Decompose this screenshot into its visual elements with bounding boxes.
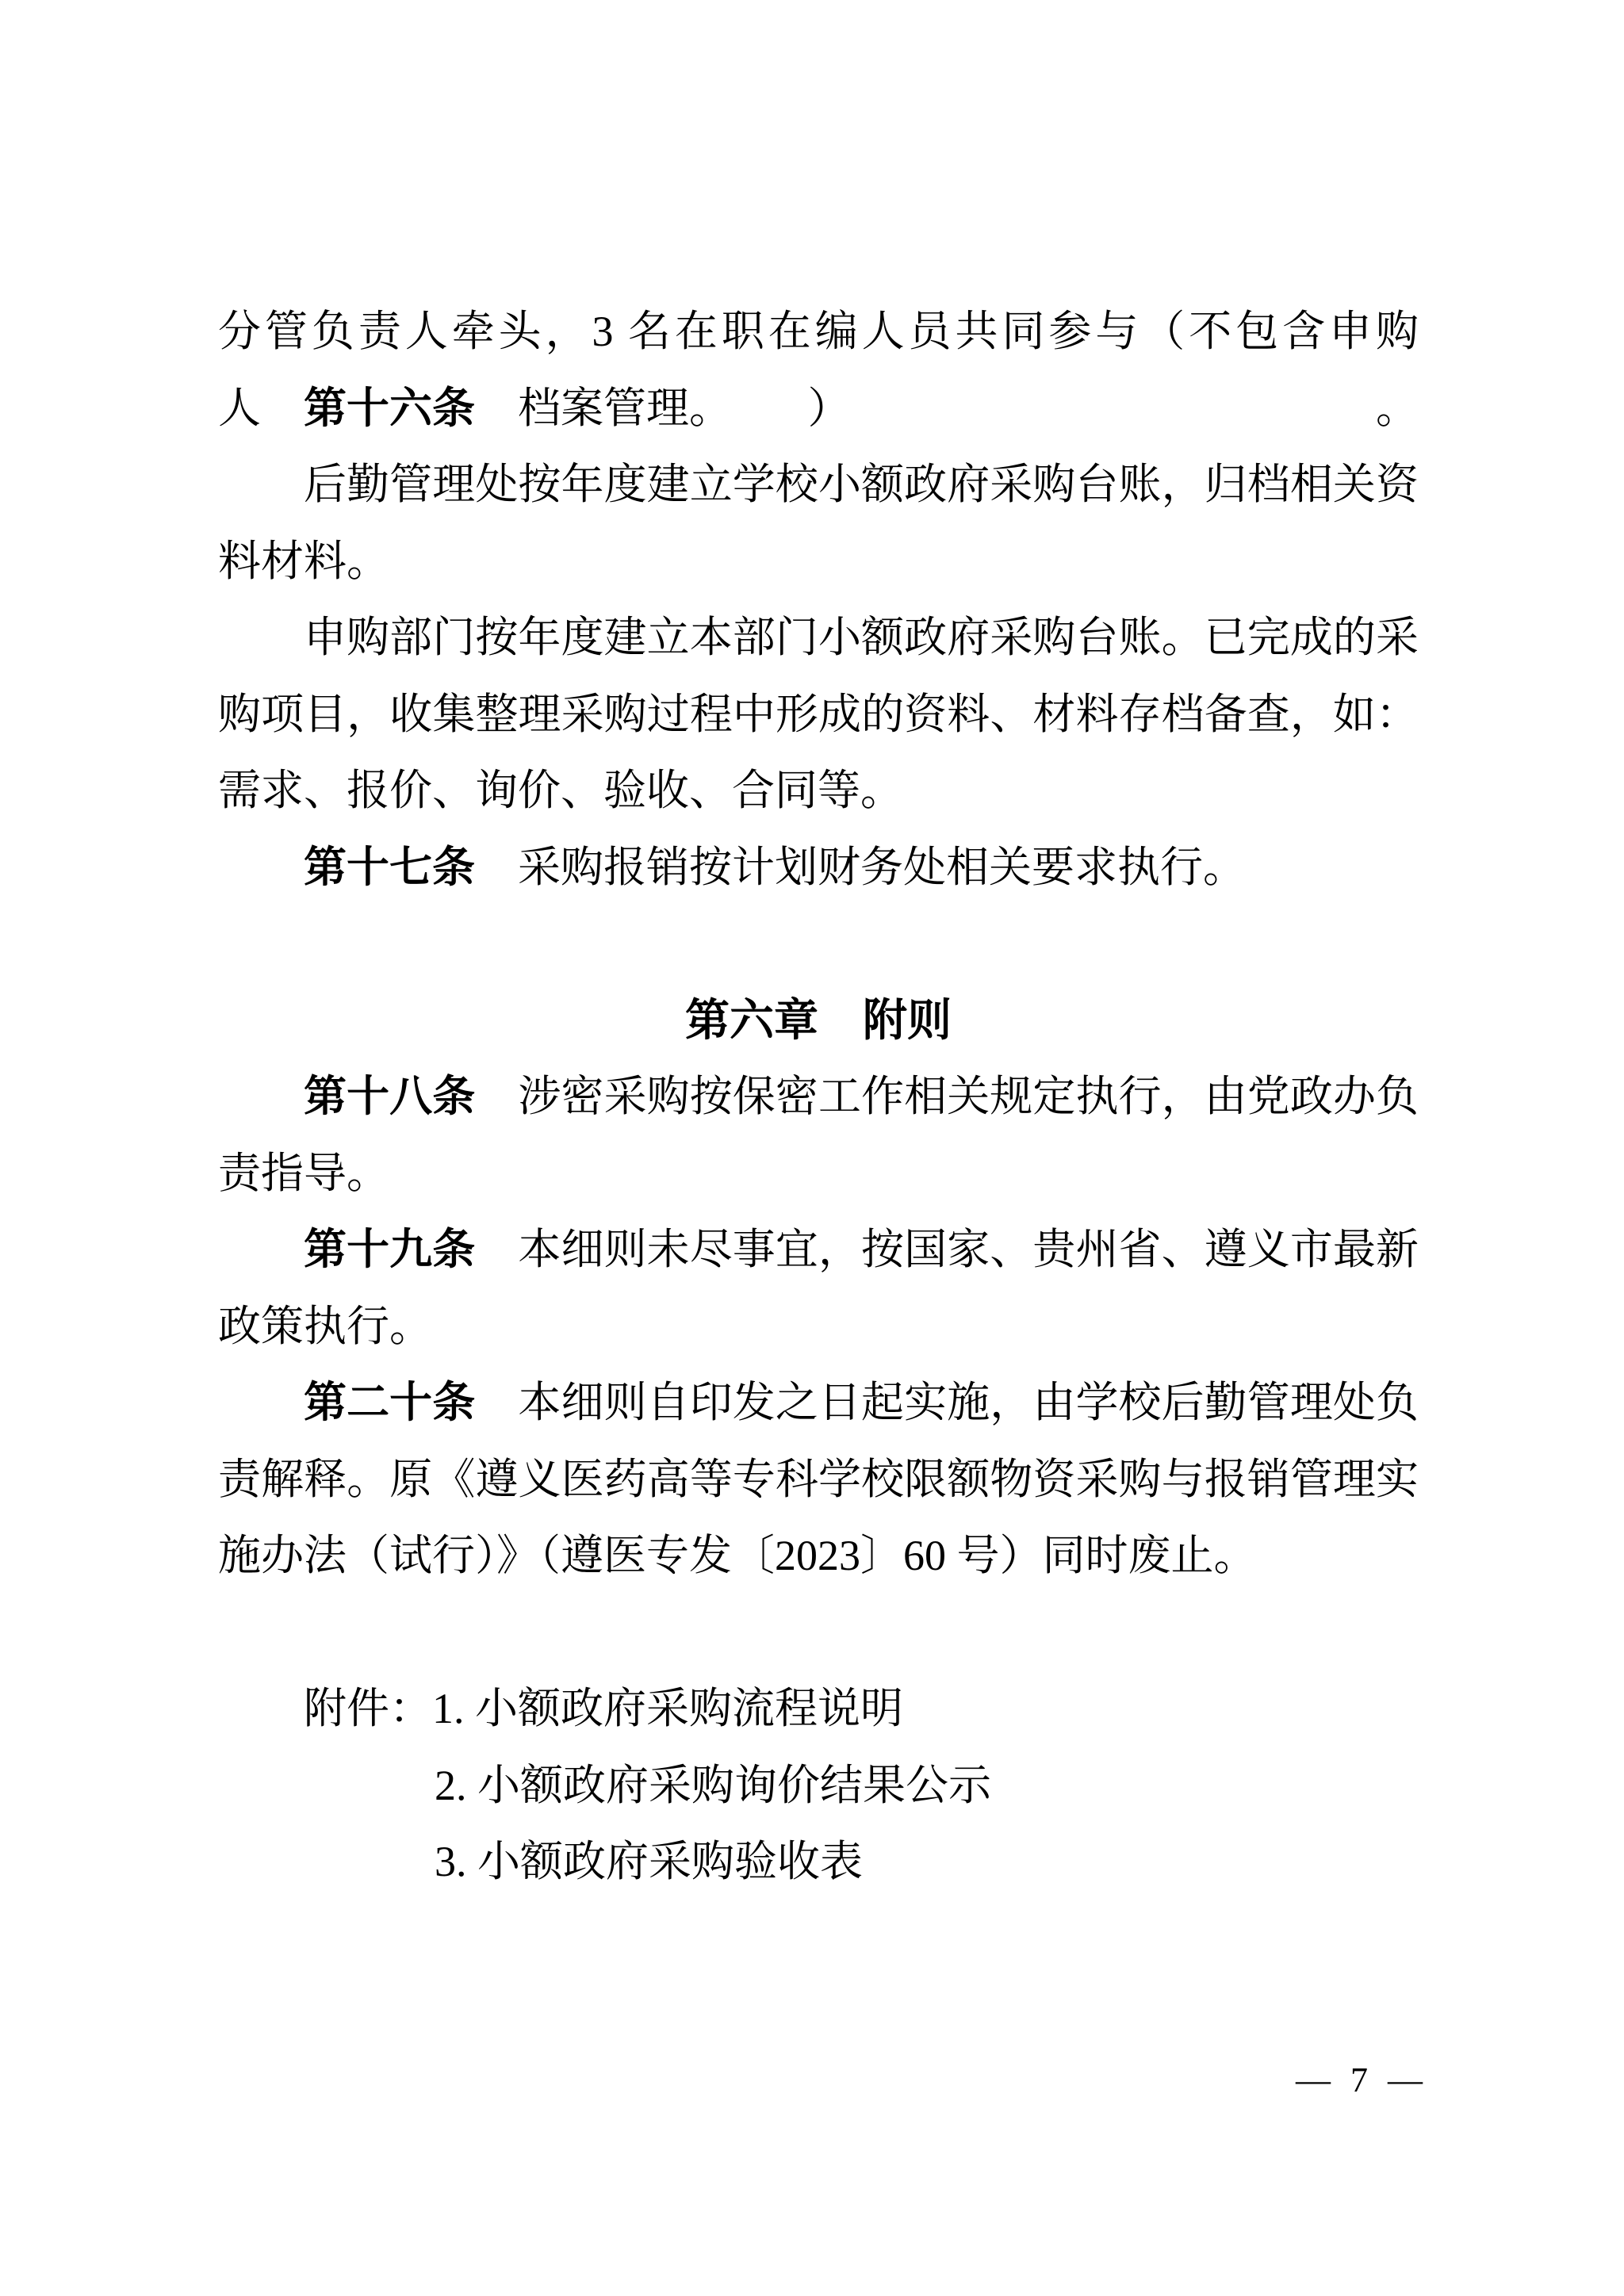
chapter-heading: 第六章 附则 xyxy=(218,982,1419,1059)
body-line-text: 本细则未尽事宜，按国家、贵州省、遵义市最新 xyxy=(475,1226,1419,1273)
body-line: 责指导。 xyxy=(218,1135,1419,1212)
article-number-label: 第十八条 xyxy=(304,1073,475,1120)
body-line: 责解释。原《遵义医药高等专科学校限额物资采购与报销管理实 xyxy=(218,1441,1419,1518)
body-line-text: 档案管理。 xyxy=(475,385,732,432)
body-line: 施办法（试行）》（遵医专发〔2023〕60 号）同时废止。 xyxy=(218,1517,1419,1594)
body-line: 第二十条 本细则自印发之日起实施，由学校后勤管理处负 xyxy=(218,1364,1419,1441)
body-line: 第十八条 涉密采购按保密工作相关规定执行，由党政办负 xyxy=(218,1058,1419,1135)
body-line: 需求、报价、询价、验收、合同等。 xyxy=(218,752,1419,829)
body-line-text: 本细则自印发之日起实施，由学校后勤管理处负 xyxy=(475,1379,1419,1426)
article-number-label: 第十九条 xyxy=(304,1226,475,1273)
body-line: 第十七条 采购报销按计划财务处相关要求执行。 xyxy=(218,829,1419,906)
attachment-list-lead: 附件：1. 小额政府采购流程说明 xyxy=(218,1670,1419,1747)
body-line: 第十九条 本细则未尽事宜，按国家、贵州省、遵义市最新 xyxy=(218,1211,1419,1288)
body-line: 后勤管理处按年度建立学校小额政府采购台账，归档相关资 xyxy=(218,446,1419,523)
attachment-list-item: 3. 小额政府采购验收表 xyxy=(218,1823,1419,1900)
body-line-text: 采购报销按计划财务处相关要求执行。 xyxy=(475,844,1246,891)
article-number-label: 第十六条 xyxy=(304,385,475,432)
body-line: 分管负责人牵头，3 名在职在编人员共同参与（不包含申购人）。 xyxy=(218,293,1419,370)
body-line-text: 涉密采购按保密工作相关规定执行，由党政办负 xyxy=(475,1073,1419,1120)
attachment-list-item: 2. 小额政府采购询价结果公示 xyxy=(218,1747,1419,1824)
body-line: 政策执行。 xyxy=(218,1288,1419,1365)
body-line: 购项目，收集整理采购过程中形成的资料、材料存档备查，如： xyxy=(218,676,1419,753)
document-page: 分管负责人牵头，3 名在职在编人员共同参与（不包含申购人）。 第十六条 档案管理… xyxy=(0,0,1624,2296)
page-number: — 7 — xyxy=(1296,2055,1423,2106)
body-line: 料材料。 xyxy=(218,523,1419,600)
article-number-label: 第十七条 xyxy=(304,844,475,891)
body-line: 申购部门按年度建立本部门小额政府采购台账。已完成的采 xyxy=(218,599,1419,676)
article-number-label: 第二十条 xyxy=(304,1379,475,1426)
document-body: 分管负责人牵头，3 名在职在编人员共同参与（不包含申购人）。 第十六条 档案管理… xyxy=(218,293,1419,1900)
